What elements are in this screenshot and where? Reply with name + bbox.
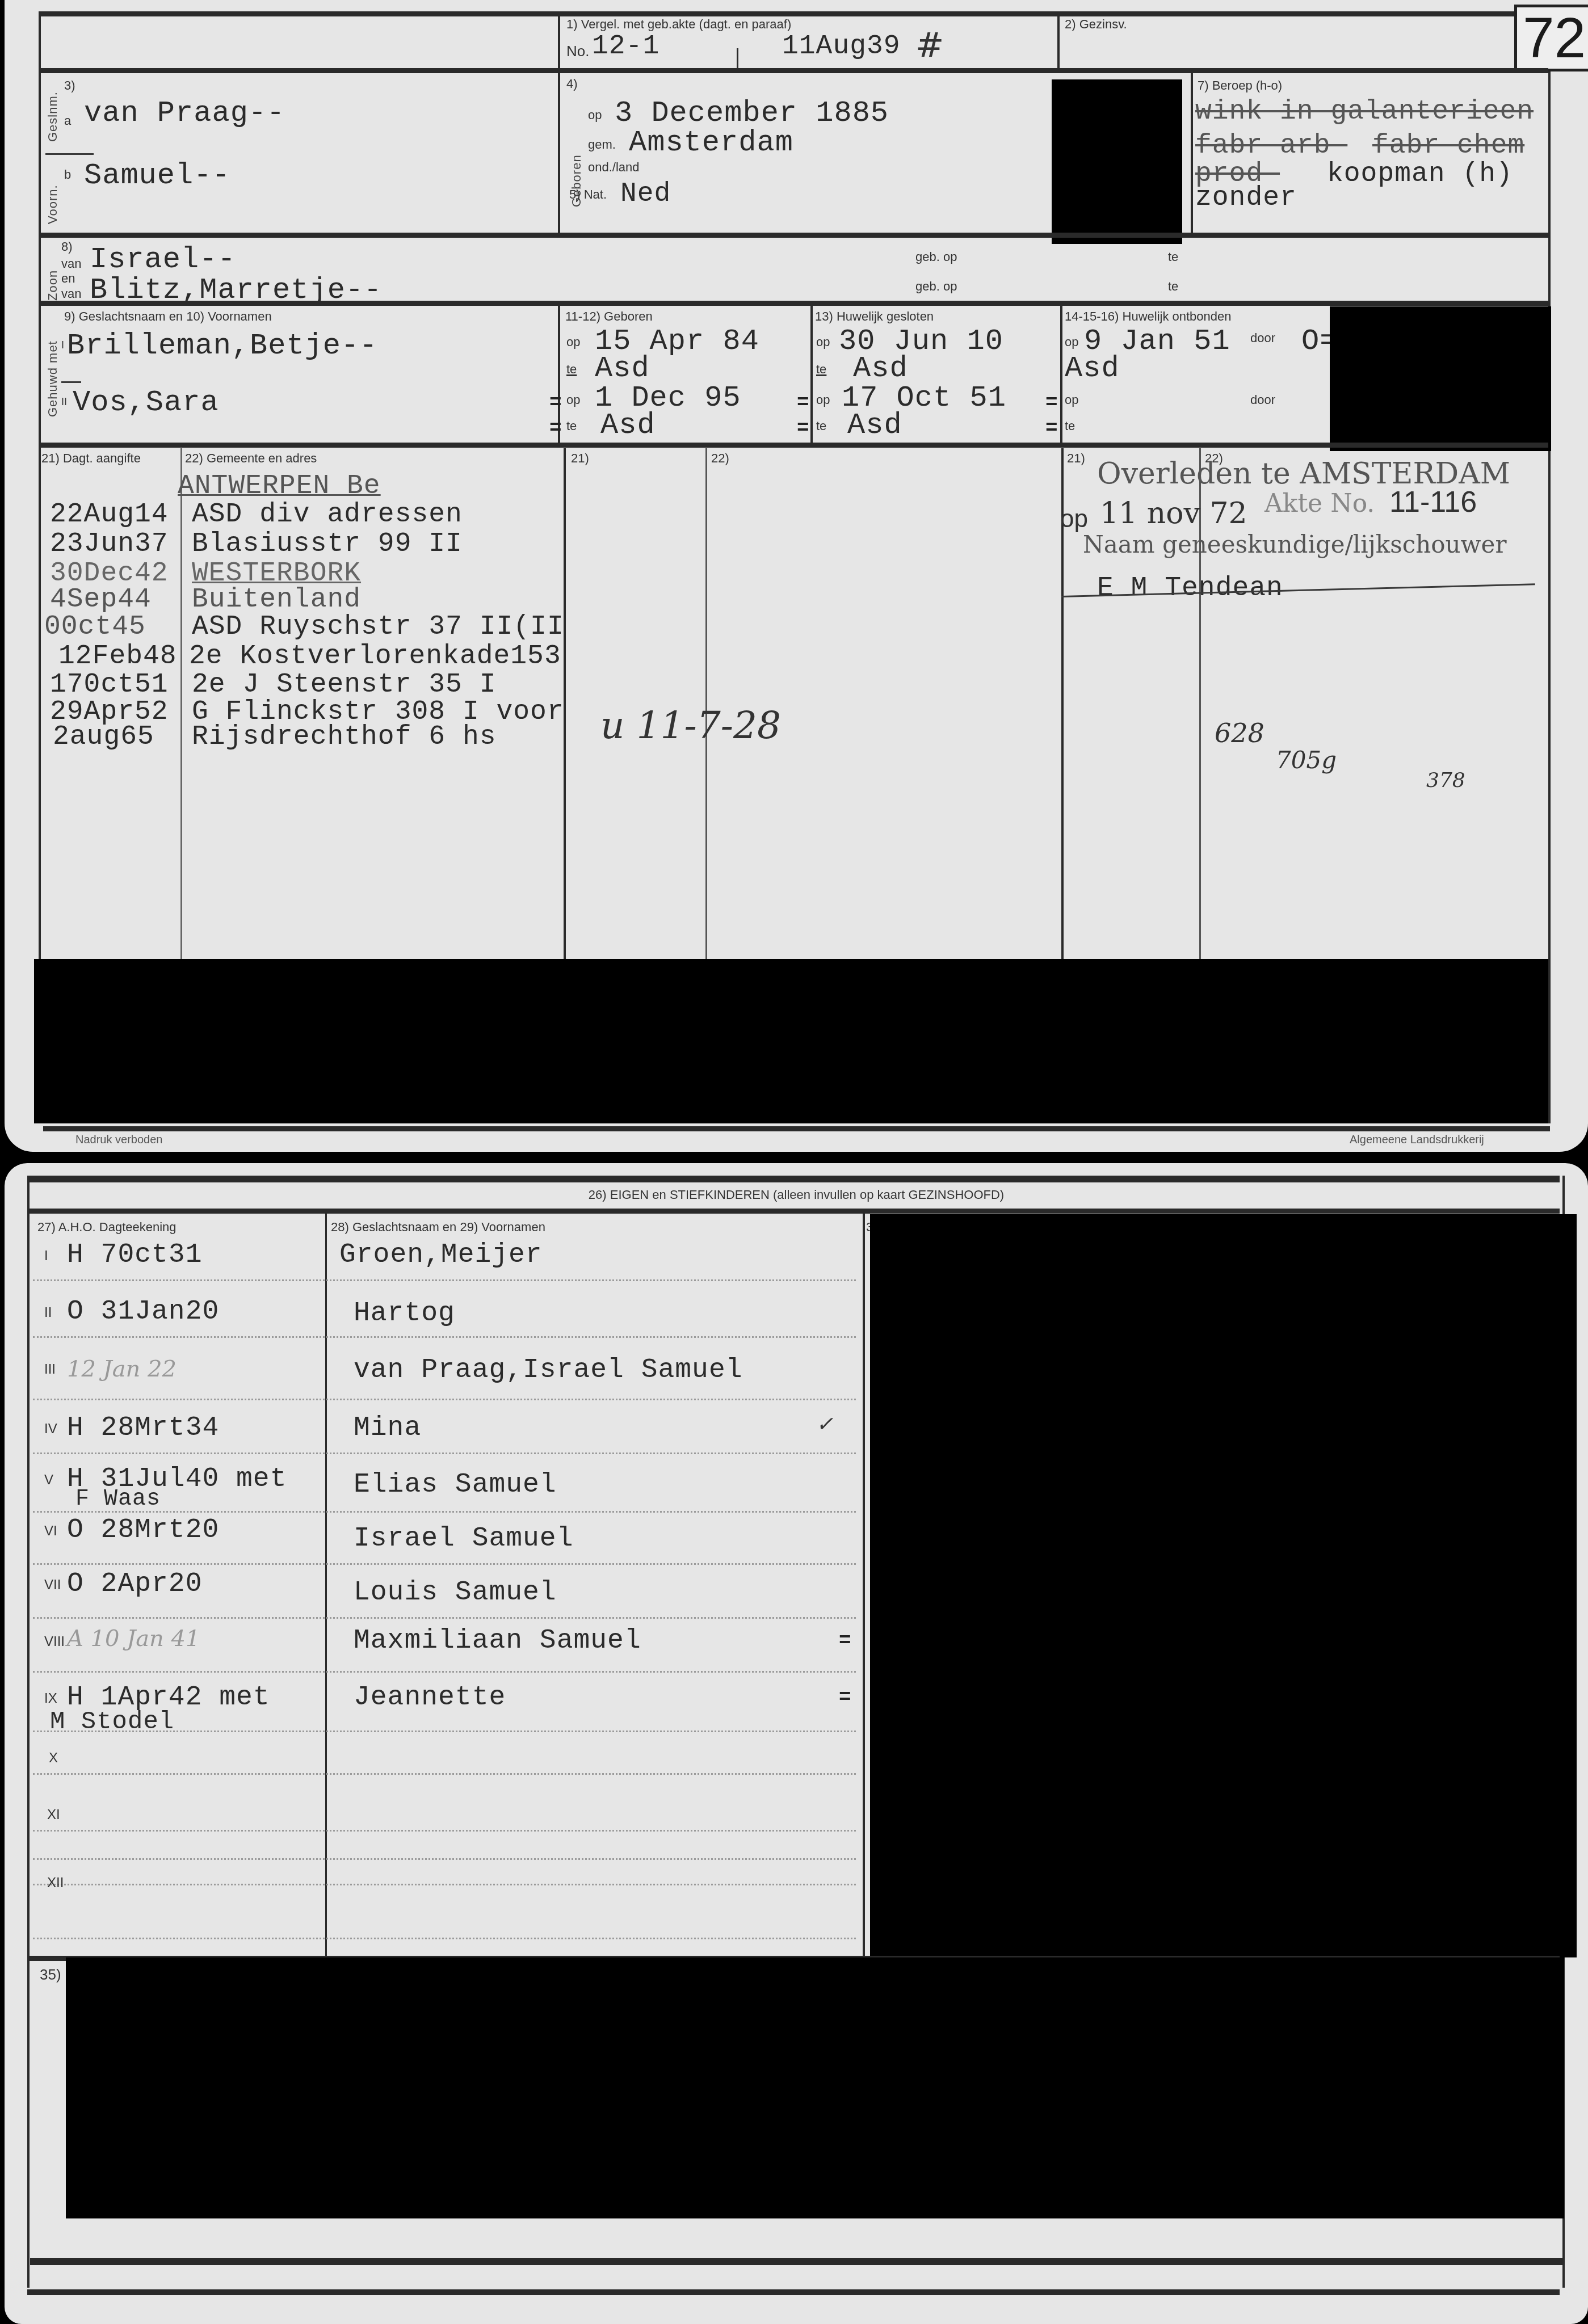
- divider: [1191, 68, 1193, 233]
- op-label: op: [1065, 393, 1078, 407]
- father-born-label: geb. op: [915, 250, 957, 264]
- op-label: op: [816, 393, 830, 407]
- surname: van Praag--: [84, 96, 285, 130]
- col-aho-label: 27) A.H.O. Dagteekening: [37, 1220, 177, 1235]
- row-divider: [39, 68, 1548, 73]
- row-divider: [39, 301, 1548, 306]
- field-1-no-label: No.: [566, 43, 589, 60]
- occupation-struck-2: fabr-arb-: [1195, 130, 1347, 161]
- dissolved-place: Asd: [1065, 352, 1120, 385]
- field-3-label: 3): [64, 78, 75, 93]
- record-card-front: 1) Vergel. met geb.akte (dagt. en paraaf…: [5, 0, 1588, 1152]
- row-guide: [33, 1884, 856, 1885]
- divider: [1057, 11, 1060, 68]
- address-entry: Rijsdrechthof 6 hs: [192, 722, 496, 752]
- row-guide: [33, 1938, 856, 1939]
- row-guide: [33, 1830, 856, 1832]
- op-label: op: [566, 393, 580, 407]
- nationality: Ned: [620, 179, 671, 209]
- field-1-label: 1) Vergel. met geb.akte (dagt. en paraaf…: [566, 17, 791, 32]
- frame-right-line: [1548, 68, 1551, 1123]
- death-date: 11 nov 72: [1100, 496, 1247, 531]
- child-name: Groen,Meijer: [339, 1240, 543, 1270]
- child-aho-handwritten: A 10 Jan 41: [67, 1626, 200, 1652]
- row-guide: [33, 1511, 856, 1513]
- field-1-date: 11Aug39: [782, 31, 901, 62]
- divider: [1060, 304, 1062, 443]
- row-guide: [33, 1731, 856, 1732]
- gem-label: gem.: [588, 137, 616, 152]
- ditto-mark: =: [1045, 417, 1058, 440]
- marriage-marker: I: [61, 339, 64, 351]
- father-name: Israel--: [90, 243, 236, 276]
- col-22b-label: 22): [711, 451, 729, 466]
- address-date: 4Sep44: [50, 584, 152, 615]
- child-name: Mina: [354, 1413, 421, 1443]
- field-1-paraaf: #: [915, 26, 944, 65]
- address-entry: 2e J Steenstr 35 I: [192, 670, 496, 700]
- child-name: Maxmiliaan Samuel: [354, 1626, 641, 1656]
- occupation-struck-1: wink-in-galanterieen: [1195, 96, 1534, 127]
- given-names: Samuel--: [84, 159, 230, 192]
- address-entry: ASD div adressen: [192, 499, 463, 530]
- divider: [558, 68, 560, 233]
- ond-label: ond./land: [588, 160, 640, 175]
- child-numeral: II: [44, 1305, 52, 1321]
- field-7-label: 7) Beroep (h-o): [1198, 78, 1282, 93]
- address-date: 23Jun37: [50, 529, 169, 559]
- card-number: 72: [1514, 5, 1588, 71]
- handwritten-note: 378: [1426, 769, 1465, 792]
- child-aho: O 28Mrt20: [67, 1515, 219, 1546]
- handwritten-note: 705g: [1276, 746, 1337, 774]
- child-numeral: XI: [47, 1807, 60, 1823]
- child-numeral: IV: [44, 1421, 57, 1437]
- father-te-label: te: [1168, 250, 1178, 264]
- divider: [810, 304, 813, 443]
- field-4-label: 4): [566, 77, 578, 91]
- occupation-current: koopman (h): [1327, 159, 1513, 190]
- mother-born-label: geb. op: [915, 279, 957, 294]
- ditto-mark: =: [797, 417, 809, 440]
- row-guide: [33, 1279, 856, 1281]
- address-date: 22Aug14: [50, 499, 169, 530]
- col-spouse-label: 9) Geslachtsnaam en 10) Voornamen: [64, 309, 272, 324]
- side-label-son: Zoon: [45, 270, 60, 301]
- child-numeral: III: [44, 1362, 56, 1378]
- frame-top-line: [39, 11, 1548, 16]
- child-name: van Praag,Israel Samuel: [354, 1355, 743, 1386]
- child-aho: O 31Jan20: [67, 1296, 219, 1327]
- child-numeral: XII: [47, 1875, 64, 1891]
- child-numeral: X: [49, 1750, 58, 1766]
- side-label-given: Voorn.: [45, 184, 60, 224]
- redacted-field-35: [66, 1957, 1564, 2218]
- footer-right: Algemeene Landsdrukkerij: [1350, 1134, 1484, 1147]
- occupation-struck-3: fabr-chem: [1372, 130, 1524, 161]
- door-label: door: [1250, 331, 1275, 346]
- child-aho-detail: F Waas: [75, 1487, 161, 1512]
- akte-label: Akte No.: [1264, 489, 1375, 518]
- divider: [564, 448, 566, 959]
- record-card-back: 26) EIGEN en STIEFKINDEREN (alleen invul…: [5, 1163, 1588, 2324]
- row-divider: [43, 1126, 1550, 1131]
- marriage-place: Asd: [853, 352, 908, 385]
- side-label-surname: Geslnm.: [45, 91, 60, 142]
- redacted-field-6: [1052, 79, 1182, 244]
- op-label: op: [566, 335, 580, 350]
- op-label: op: [1065, 335, 1078, 350]
- row-divider: [27, 1209, 1560, 1214]
- ditto-mark: =: [839, 1686, 851, 1710]
- row-divider: [39, 233, 1548, 238]
- occupation-latest: zonder: [1195, 183, 1297, 213]
- ditto-mark: =: [549, 391, 562, 415]
- col-married-label: 13) Huwelijk gesloten: [815, 309, 934, 324]
- row-guide: [33, 1563, 856, 1565]
- field-8-label: 8): [61, 239, 73, 254]
- ditto-mark: =: [839, 1630, 851, 1653]
- child-aho-handwritten: 12 Jan 22: [67, 1356, 177, 1382]
- child-name: Hartog: [354, 1298, 455, 1329]
- row-guide: [33, 1617, 856, 1619]
- field-1-number: 12-1: [592, 31, 659, 62]
- ditto-mark: =: [1045, 391, 1058, 415]
- frame-top-line: [27, 1176, 1560, 1182]
- divider: [863, 1213, 865, 1956]
- child-numeral: IX: [44, 1691, 57, 1707]
- te-label: te: [566, 419, 577, 433]
- address-date: 2aug65: [53, 722, 154, 752]
- row-guide: [33, 1671, 856, 1673]
- en-label: en: [61, 271, 75, 286]
- door-label: door: [1250, 393, 1275, 407]
- op-label: op: [588, 108, 602, 123]
- row-divider: [39, 443, 1548, 448]
- ditto-mark: =: [549, 417, 562, 440]
- doctor-name: E M Tendean: [1097, 573, 1283, 604]
- field-35-label: 35): [40, 1966, 61, 1984]
- divider: [61, 381, 81, 383]
- child-aho: H 28Mrt34: [67, 1413, 219, 1443]
- side-label-married: Gehuwd met: [45, 340, 60, 417]
- van-label: van: [61, 256, 81, 271]
- te-label: te: [816, 419, 826, 433]
- col-dissolved-label: 14-15-16) Huwelijk ontbonden: [1065, 309, 1232, 324]
- child-numeral: VII: [44, 1577, 61, 1593]
- col-21c-label: 21): [1067, 451, 1085, 466]
- row-guide: [33, 1858, 856, 1860]
- marriage-marker: II: [61, 396, 67, 408]
- child-name: Jeannette: [354, 1682, 506, 1713]
- address-date: 00ct45: [44, 612, 146, 642]
- child-aho: H 70ct31: [67, 1240, 202, 1270]
- marriage-place: Asd: [847, 409, 902, 442]
- spouse-name: Brilleman,Betje--: [67, 329, 378, 363]
- divider: [180, 448, 182, 959]
- op-label: op: [816, 335, 830, 350]
- te-label: te: [816, 362, 826, 377]
- marker-a: a: [64, 113, 71, 128]
- akte-number: 11-116: [1389, 485, 1477, 519]
- redacted-bottom-section: [34, 959, 1548, 1123]
- birth-place: Amsterdam: [629, 126, 793, 159]
- death-stamp-line3: Naam geneeskundige/lijkschouwer: [1083, 531, 1507, 558]
- frame-left-line: [39, 11, 41, 1123]
- row-guide: [33, 1452, 856, 1454]
- field-2-label: 2) Gezinsv.: [1065, 17, 1127, 32]
- redacted-marriage-notes: [1330, 306, 1551, 451]
- frame-bottom-line-outer: [27, 2289, 1560, 2295]
- mother-te-label: te: [1168, 279, 1178, 294]
- redacted-children-details: [870, 1214, 1577, 1957]
- ditto-mark: =: [797, 391, 809, 415]
- spouse-name: Vos,Sara: [73, 386, 219, 419]
- section-title: 26) EIGEN en STIEFKINDEREN (alleen invul…: [5, 1188, 1588, 1202]
- field-5-label: 5) Nat.: [569, 187, 607, 202]
- check-mark: ✓: [816, 1413, 833, 1436]
- van-label: van: [61, 287, 81, 301]
- col-address-date-label: 21) Dagt. aangifte: [41, 451, 141, 466]
- address-entry: ANTWERPEN Be: [178, 471, 381, 502]
- op-label: op: [1060, 505, 1088, 533]
- handwritten-note: 628: [1215, 718, 1264, 748]
- marker-b: b: [64, 167, 71, 182]
- address-date: 170ct51: [50, 670, 169, 700]
- child-name: Israel Samuel: [354, 1523, 573, 1554]
- col-born-label: 11-12) Geboren: [565, 309, 653, 324]
- te-label: te: [566, 362, 577, 377]
- spouse-born-place: Asd: [595, 352, 650, 385]
- frame-left-line: [27, 1176, 30, 2288]
- divider: [558, 11, 560, 68]
- birth-date: 3 December 1885: [615, 96, 889, 130]
- col-21b-label: 21): [571, 451, 589, 466]
- address-date: 12Feb48: [58, 641, 177, 672]
- child-numeral: VIII: [44, 1634, 65, 1650]
- address-entry: Buitenland: [192, 584, 361, 615]
- frame-bottom-line: [30, 2258, 1562, 2265]
- divider: [737, 48, 738, 70]
- address-entry: Blasiusstr 99 II: [192, 529, 463, 559]
- child-numeral: V: [44, 1472, 53, 1488]
- col-address-label: 22) Gemeente en adres: [185, 451, 317, 466]
- child-name: Elias Samuel: [354, 1470, 557, 1500]
- col-name-label: 28) Geslachtsnaam en 29) Voornamen: [331, 1220, 545, 1235]
- child-aho: O 2Apr20: [67, 1569, 202, 1599]
- divider: [45, 153, 94, 155]
- address-entry: ASD Ruyschstr 37 II(II: [192, 612, 564, 642]
- row-guide: [33, 1399, 856, 1400]
- address-entry: 2e Kostverlorenkade153: [189, 641, 561, 672]
- spouse-born-place: Asd: [600, 409, 656, 442]
- child-numeral: I: [44, 1248, 48, 1264]
- row-guide: [33, 1336, 856, 1338]
- child-numeral: VI: [44, 1523, 57, 1539]
- row-guide: [33, 1773, 856, 1775]
- te-label: te: [1065, 419, 1075, 433]
- footer-left: Nadruk verboden: [75, 1134, 162, 1147]
- divider: [325, 1213, 327, 1956]
- handwritten-note: u 11-7-28: [600, 704, 781, 747]
- child-name: Louis Samuel: [354, 1577, 557, 1608]
